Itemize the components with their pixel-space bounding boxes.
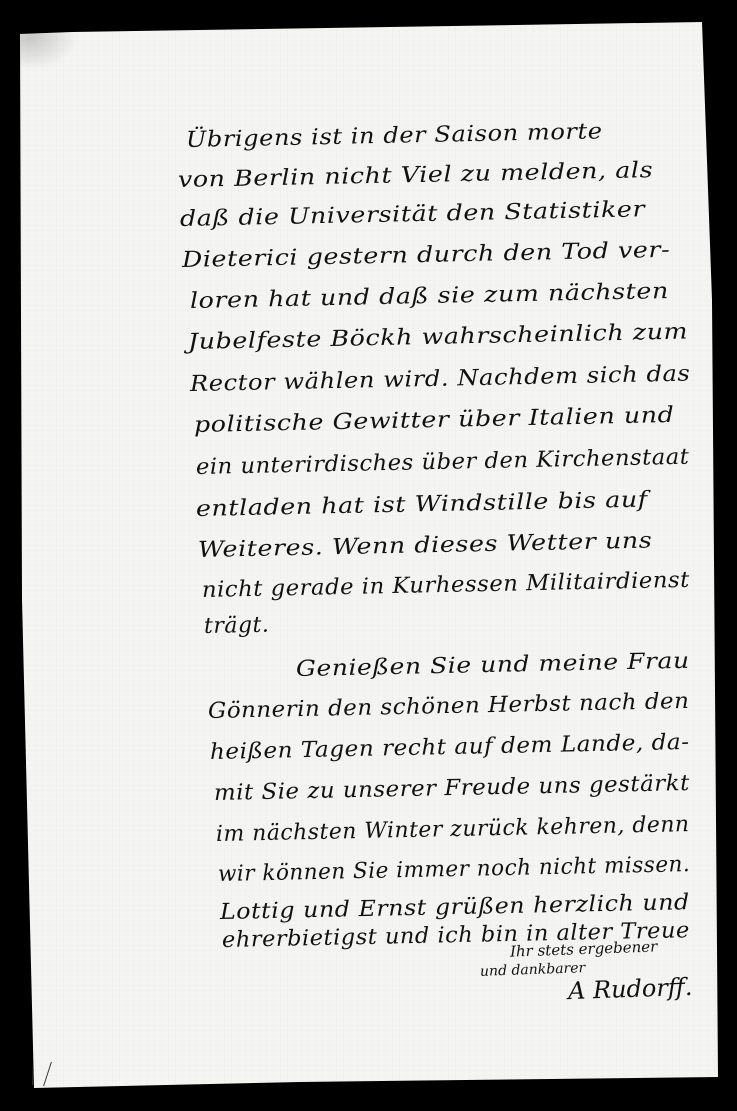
signature: A Rudorff. (568, 973, 693, 1005)
letter-line: trägt. (204, 613, 270, 639)
